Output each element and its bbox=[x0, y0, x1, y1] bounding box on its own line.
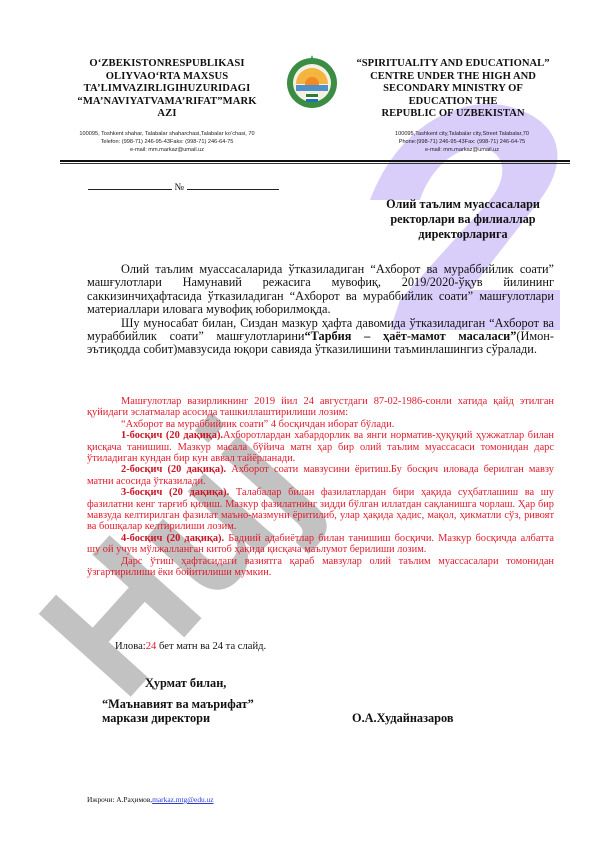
position-line: маркази директори bbox=[102, 711, 254, 725]
address-uz: 100095, Toshkent shahar, Talabalar shaha… bbox=[52, 130, 282, 154]
number-sign: № bbox=[175, 182, 185, 193]
number-blank bbox=[187, 181, 279, 190]
stage-label: 4-босқич (20 дақиқа). bbox=[121, 533, 224, 544]
executor-email-link[interactable]: markaz.mtg@edu.uz bbox=[152, 795, 213, 804]
header-line: AZI bbox=[60, 108, 274, 121]
header-line: REPUBLIC OF UZBEKISTAN bbox=[346, 108, 560, 121]
instructions-notes: Машғулотлар вазирликнинг 2019 йил 24 авг… bbox=[87, 396, 554, 579]
header-divider bbox=[60, 160, 570, 162]
position-line: “Маънавият ва маърифат” bbox=[102, 697, 254, 711]
note-stages-count: “Ахборот ва мураббийлик соати” 4 босқичд… bbox=[87, 419, 554, 430]
stage-label: 2-босқич (20 дақиқа). bbox=[121, 464, 226, 475]
address-en: 100095,Tashkent city,Talabalar city,Stre… bbox=[372, 130, 552, 154]
stage-label: 1-босқич (20 дақиқа). bbox=[121, 430, 223, 441]
header-line: CENTRE UNDER THE HIGH AND bbox=[346, 71, 560, 84]
executor-line: Ижрочи: А.Раҳимов,markaz.mtg@edu.uz bbox=[87, 795, 214, 804]
stage-label: 3-босқич (20 дақиқа). bbox=[121, 487, 229, 498]
body-paragraph-2: Шу муносабат билан, Сиздан мазкур ҳафта … bbox=[87, 317, 554, 357]
header-divider-thin bbox=[60, 163, 570, 164]
state-emblem-icon bbox=[284, 54, 340, 110]
addressee: Олий таълим муассасалари ректорлари ва ф… bbox=[370, 197, 556, 242]
header-org-uz: O‘ZBEKISTONRESPUBLIKASI OLIYVAO‘RTA MAXS… bbox=[60, 58, 274, 121]
header-line: “SPIRITUALITY AND EDUCATIONAL” bbox=[346, 58, 560, 71]
letter-body: Олий таълим муассасаларида ўтказиладиган… bbox=[87, 263, 554, 357]
addressee-line: Олий таълим муассасалари bbox=[370, 197, 556, 212]
phone-line: Telefon: (998-71) 246-95-43Faks: (998-71… bbox=[52, 138, 282, 146]
signer-name: О.А.Худайназаров bbox=[352, 711, 453, 726]
stage-2: 2-босқич (20 дақиқа). Ахборот соати мавз… bbox=[87, 464, 554, 487]
stage-3: 3-босқич (20 дақиқа). Талабалар билан фа… bbox=[87, 487, 554, 533]
note-intro: Машғулотлар вазирликнинг 2019 йил 24 авг… bbox=[87, 396, 554, 419]
note-final: Дарс ўтиш ҳафтасидаги вазиятга қараб мав… bbox=[87, 556, 554, 579]
header-line: EDUCATION THE bbox=[346, 96, 560, 109]
annex-label: Илова: bbox=[115, 641, 146, 652]
addressee-line: ректорлари ва филиаллар bbox=[370, 212, 556, 227]
letter-page: Huj O‘ZBEKISTONRESPUBLIKASI OLIYVAO‘RTA … bbox=[0, 0, 596, 842]
executor-label: Ижрочи: А.Раҳимов, bbox=[87, 795, 152, 804]
body-paragraph-1: Олий таълим муассасаларида ўтказиладиган… bbox=[87, 263, 554, 317]
annex-suffix: бет матн ва 24 та слайд. bbox=[156, 641, 266, 652]
reference-number-line: № bbox=[88, 181, 279, 193]
annex-pages: 24 bbox=[146, 641, 157, 652]
stage-1: 1-босқич (20 дақиқа).Ахборотлардан хабар… bbox=[87, 430, 554, 464]
header-line: O‘ZBEKISTONRESPUBLIKASI bbox=[60, 58, 274, 71]
date-blank bbox=[88, 181, 172, 190]
addressee-line: директорларига bbox=[370, 227, 556, 242]
phone-line: Phone:(998-71) 246-95-43Fax: (998-71) 24… bbox=[372, 138, 552, 146]
topic-title: “Тарбия – ҳаёт-мамот масаласи” bbox=[305, 329, 517, 343]
email-line: e-mail: mm.markaz@umail.uz bbox=[52, 146, 282, 154]
stage-4: 4-босқич (20 дақиқа). Бадиий адабиётлар … bbox=[87, 533, 554, 556]
annex-line: Илова:24 бет матн ва 24 та слайд. bbox=[115, 641, 266, 652]
header-line: OLIYVAO‘RTA MAXSUS bbox=[60, 71, 274, 84]
header-line: SECONDARY MINISTRY OF bbox=[346, 83, 560, 96]
email-line: e-mail: mm.markaz@umail.uz bbox=[372, 146, 552, 154]
address-line: 100095, Toshkent shahar, Talabalar shaha… bbox=[52, 130, 282, 138]
header-line: TA’LIMVAZIRLIGIHUZURIDAGI bbox=[60, 83, 274, 96]
regards: Ҳурмат билан, bbox=[145, 676, 226, 691]
header-org-en: “SPIRITUALITY AND EDUCATIONAL” CENTRE UN… bbox=[346, 58, 560, 121]
header-line: “MA’NAVIYATVAMA’RIFAT”MARK bbox=[60, 96, 274, 109]
signer-position: “Маънавият ва маърифат” маркази директор… bbox=[102, 697, 254, 725]
address-line: 100095,Tashkent city,Talabalar city,Stre… bbox=[372, 130, 552, 138]
